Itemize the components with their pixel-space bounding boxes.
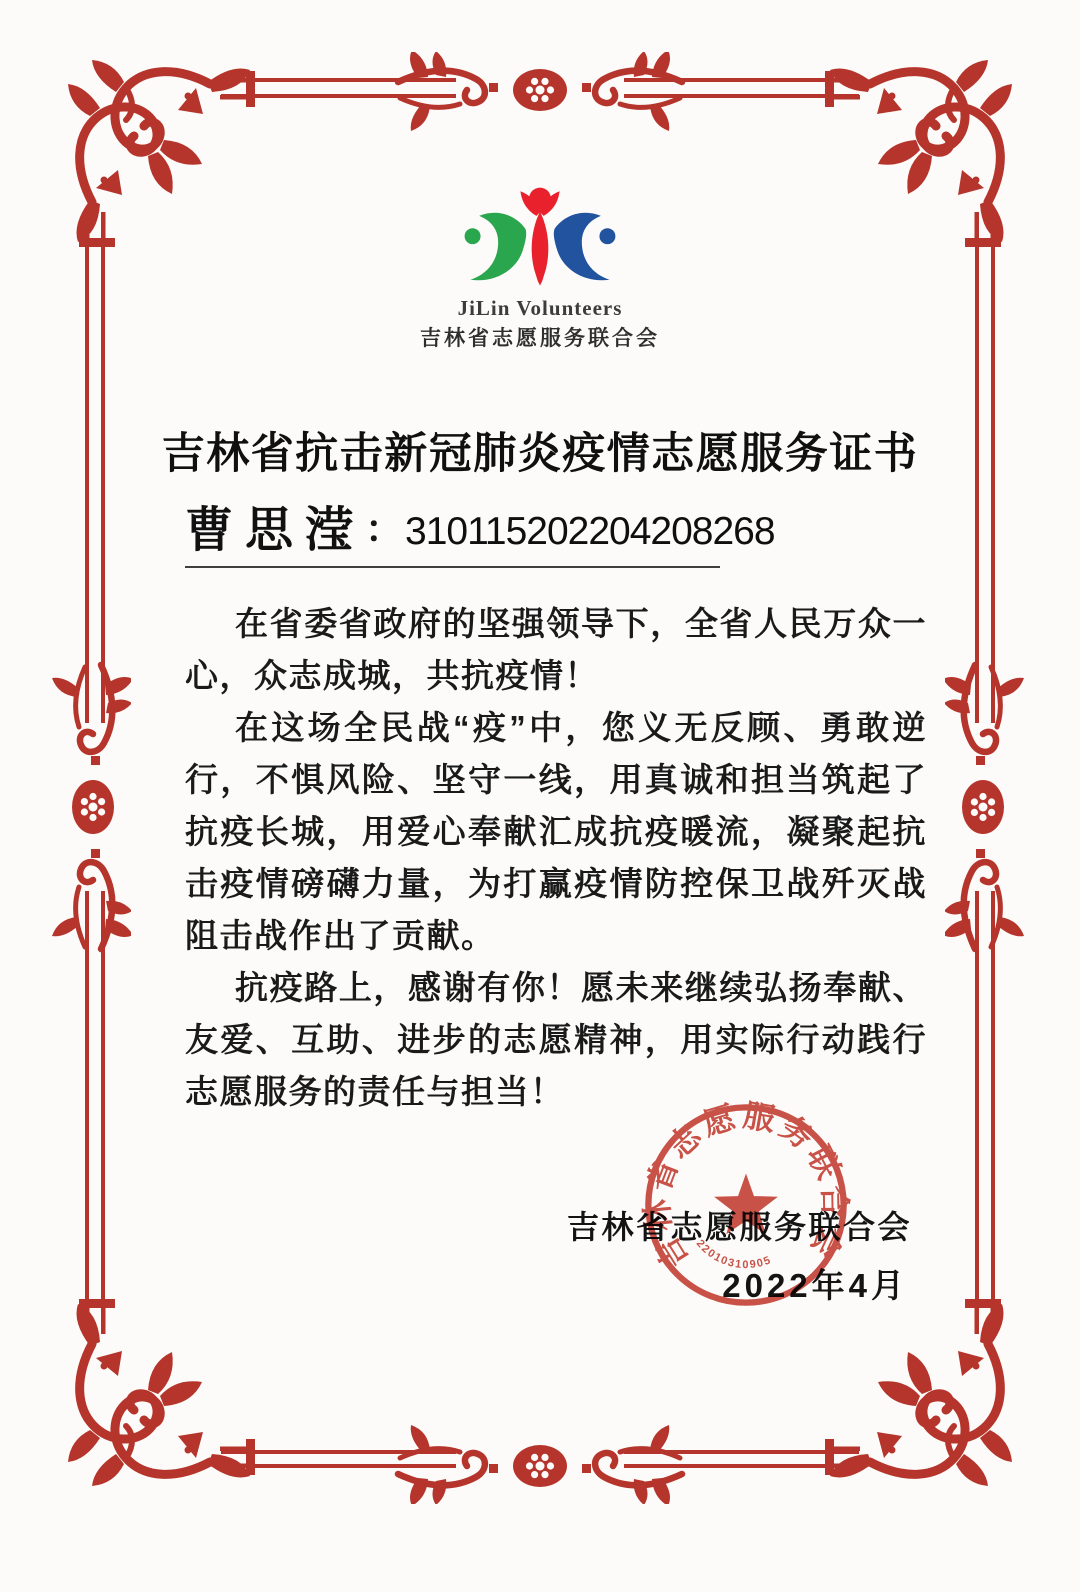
name-underline-divider <box>185 566 720 568</box>
seal-serial-number: 22010310905 <box>694 1238 774 1271</box>
recipient-name: 曹思滢 <box>185 500 365 560</box>
certificate-title: 吉林省抗击新冠肺炎疫情志愿服务证书 <box>0 420 1080 481</box>
logo-org-name-cn: 吉林省志愿服务联合会 <box>0 322 1080 352</box>
certificate-body: 在省委省政府的坚强领导下，全省人民万众一心，众志成城，共抗疫情！ 在这场全民战“… <box>185 598 927 1118</box>
certificate-page: JiLin Volunteers 吉林省志愿服务联合会 吉林省抗击新冠肺炎疫情志… <box>0 0 1080 1592</box>
volunteers-logo-icon <box>448 184 632 300</box>
recipient-row: 曹思滢 ： 310115202204208268 <box>185 496 927 560</box>
name-id-separator: ： <box>365 502 403 558</box>
official-seal-stamp: 吉林省志愿服务联合会 22010310905 <box>641 1100 851 1310</box>
logo-org-name-en: JiLin Volunteers <box>0 296 1080 321</box>
body-paragraph: 抗疫路上，感谢有你！愿未来继续弘扬奉献、友爱、互助、进步的志愿精神，用实际行动践… <box>185 962 927 1118</box>
body-paragraph: 在这场全民战“疫”中，您义无反顾、勇敢逆行，不惧风险、坚守一线，用真诚和担当筑起… <box>185 702 927 962</box>
svg-text:22010310905: 22010310905 <box>694 1238 774 1271</box>
recipient-id-number: 310115202204208268 <box>405 504 775 560</box>
body-paragraph: 在省委省政府的坚强领导下，全省人民万众一心，众志成城，共抗疫情！ <box>185 598 927 702</box>
